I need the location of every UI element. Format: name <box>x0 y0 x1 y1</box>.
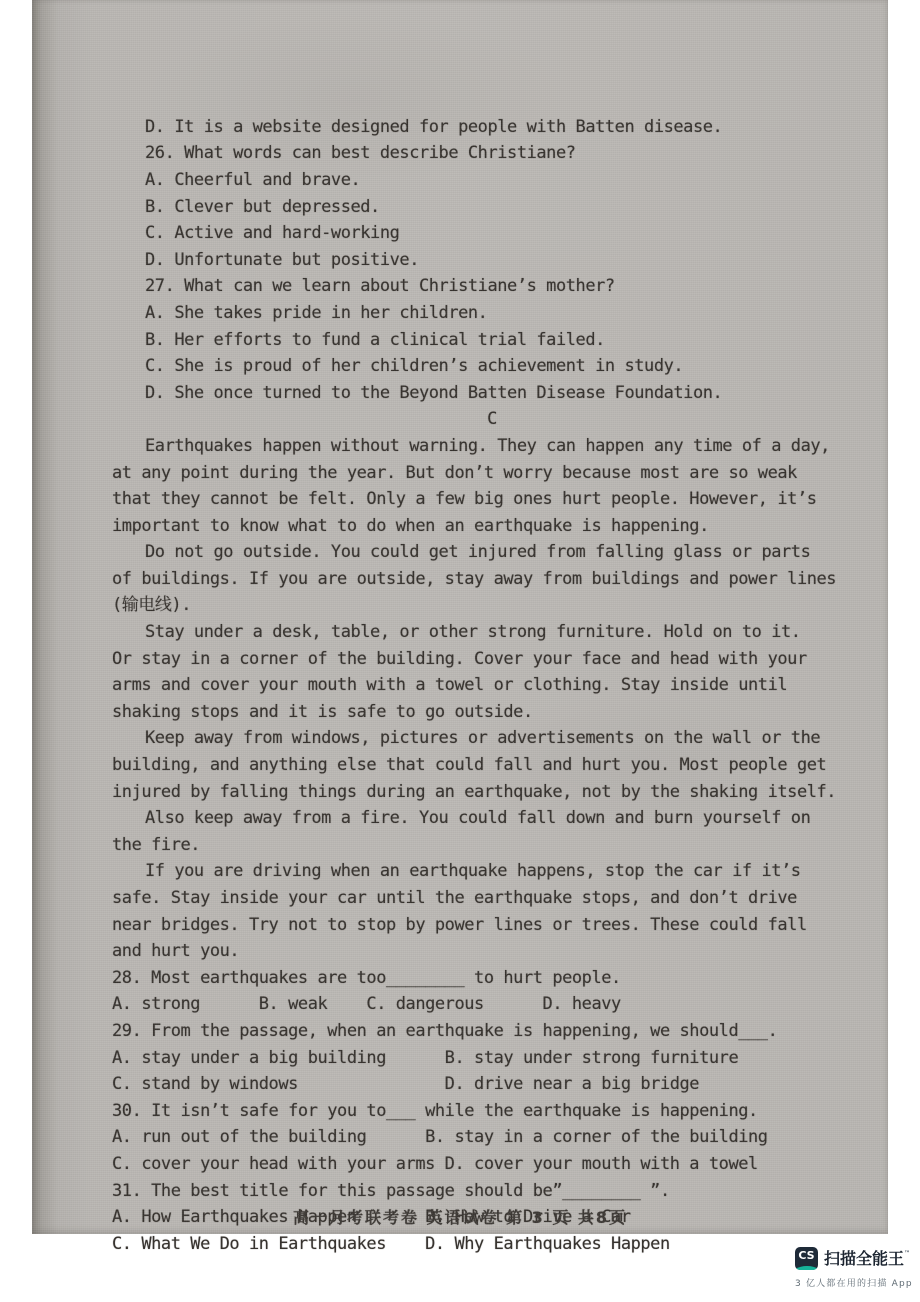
text-line: shaking stops and it is safe to go outsi… <box>112 699 872 726</box>
text-line: (输电线). <box>112 592 872 619</box>
text-line: A. stay under a big building B. stay und… <box>112 1045 872 1072</box>
text-line: B. Her efforts to fund a clinical trial … <box>112 327 872 354</box>
text-line: the fire. <box>112 832 872 859</box>
camscanner-logo-icon: CS <box>795 1247 818 1270</box>
text-line: C. Active and hard-working <box>112 220 872 247</box>
text-line: that they cannot be felt. Only a few big… <box>112 486 872 513</box>
text-line: A. run out of the building B. stay in a … <box>112 1124 872 1151</box>
text-line: 28. Most earthquakes are too________ to … <box>112 965 872 992</box>
text-line: D. It is a website designed for people w… <box>112 114 872 141</box>
text-line: D. She once turned to the Beyond Batten … <box>112 380 872 407</box>
text-line: 26. What words can best describe Christi… <box>112 140 872 167</box>
text-line: B. Clever but depressed. <box>112 194 872 221</box>
trademark-mark: ™ <box>904 1250 910 1257</box>
text-line: 30. It isn’t safe for you to___ while th… <box>112 1098 872 1125</box>
text-line: D. Unfortunate but positive. <box>112 247 872 274</box>
text-line: and hurt you. <box>112 938 872 965</box>
text-line: Do not go outside. You could get injured… <box>112 539 872 566</box>
text-line: Also keep away from a fire. You could fa… <box>112 805 872 832</box>
camscanner-tagline: 3 亿人都在用的扫描 App <box>795 1276 907 1289</box>
text-line: If you are driving when an earthquake ha… <box>112 858 872 885</box>
text-line: C <box>112 406 872 433</box>
camscanner-app-name: 扫描全能王™ <box>824 1251 910 1267</box>
text-line: C. She is proud of her children’s achiev… <box>112 353 872 380</box>
text-line: C. What We Do in Earthquakes D. Why Eart… <box>112 1231 872 1258</box>
text-line: Keep away from windows, pictures or adve… <box>112 725 872 752</box>
text-line: A. Cheerful and brave. <box>112 167 872 194</box>
text-line: important to know what to do when an ear… <box>112 513 872 540</box>
camscanner-watermark: CS 扫描全能王™ 3 亿人都在用的扫描 App <box>795 1247 907 1289</box>
text-line: of buildings. If you are outside, stay a… <box>112 566 872 593</box>
page-footer: 高一月考联考卷 英语试卷 第 3 页 共8页 <box>32 1205 888 1228</box>
text-line: A. strong B. weak C. dangerous D. heavy <box>112 991 872 1018</box>
text-line: building, and anything else that could f… <box>112 752 872 779</box>
text-line: at any point during the year. But don’t … <box>112 460 872 487</box>
text-line: near bridges. Try not to stop by power l… <box>112 912 872 939</box>
scanned-exam-page: D. It is a website designed for people w… <box>32 0 888 1234</box>
text-line: C. cover your head with your arms D. cov… <box>112 1151 872 1178</box>
camscanner-logo-swoosh <box>795 1266 818 1270</box>
text-line: Stay under a desk, table, or other stron… <box>112 619 872 646</box>
exam-text-block: D. It is a website designed for people w… <box>112 34 872 1257</box>
text-line: A. She takes pride in her children. <box>112 300 872 327</box>
scanned-document-viewport: D. It is a website designed for people w… <box>0 0 920 1302</box>
camscanner-logo-row: CS 扫描全能王™ <box>795 1247 907 1270</box>
app-name-text: 扫描全能王 <box>824 1249 904 1268</box>
text-line: 31. The best title for this passage shou… <box>112 1178 872 1205</box>
text-line: 27. What can we learn about Christiane’s… <box>112 273 872 300</box>
text-line: arms and cover your mouth with a towel o… <box>112 672 872 699</box>
text-line: 29. From the passage, when an earthquake… <box>112 1018 872 1045</box>
text-line: C. stand by windows D. drive near a big … <box>112 1071 872 1098</box>
camscanner-logo-letters: CS <box>795 1249 818 1262</box>
text-line: injured by falling things during an eart… <box>112 779 872 806</box>
text-line: Earthquakes happen without warning. They… <box>112 433 872 460</box>
text-line: safe. Stay inside your car until the ear… <box>112 885 872 912</box>
text-line: Or stay in a corner of the building. Cov… <box>112 646 872 673</box>
